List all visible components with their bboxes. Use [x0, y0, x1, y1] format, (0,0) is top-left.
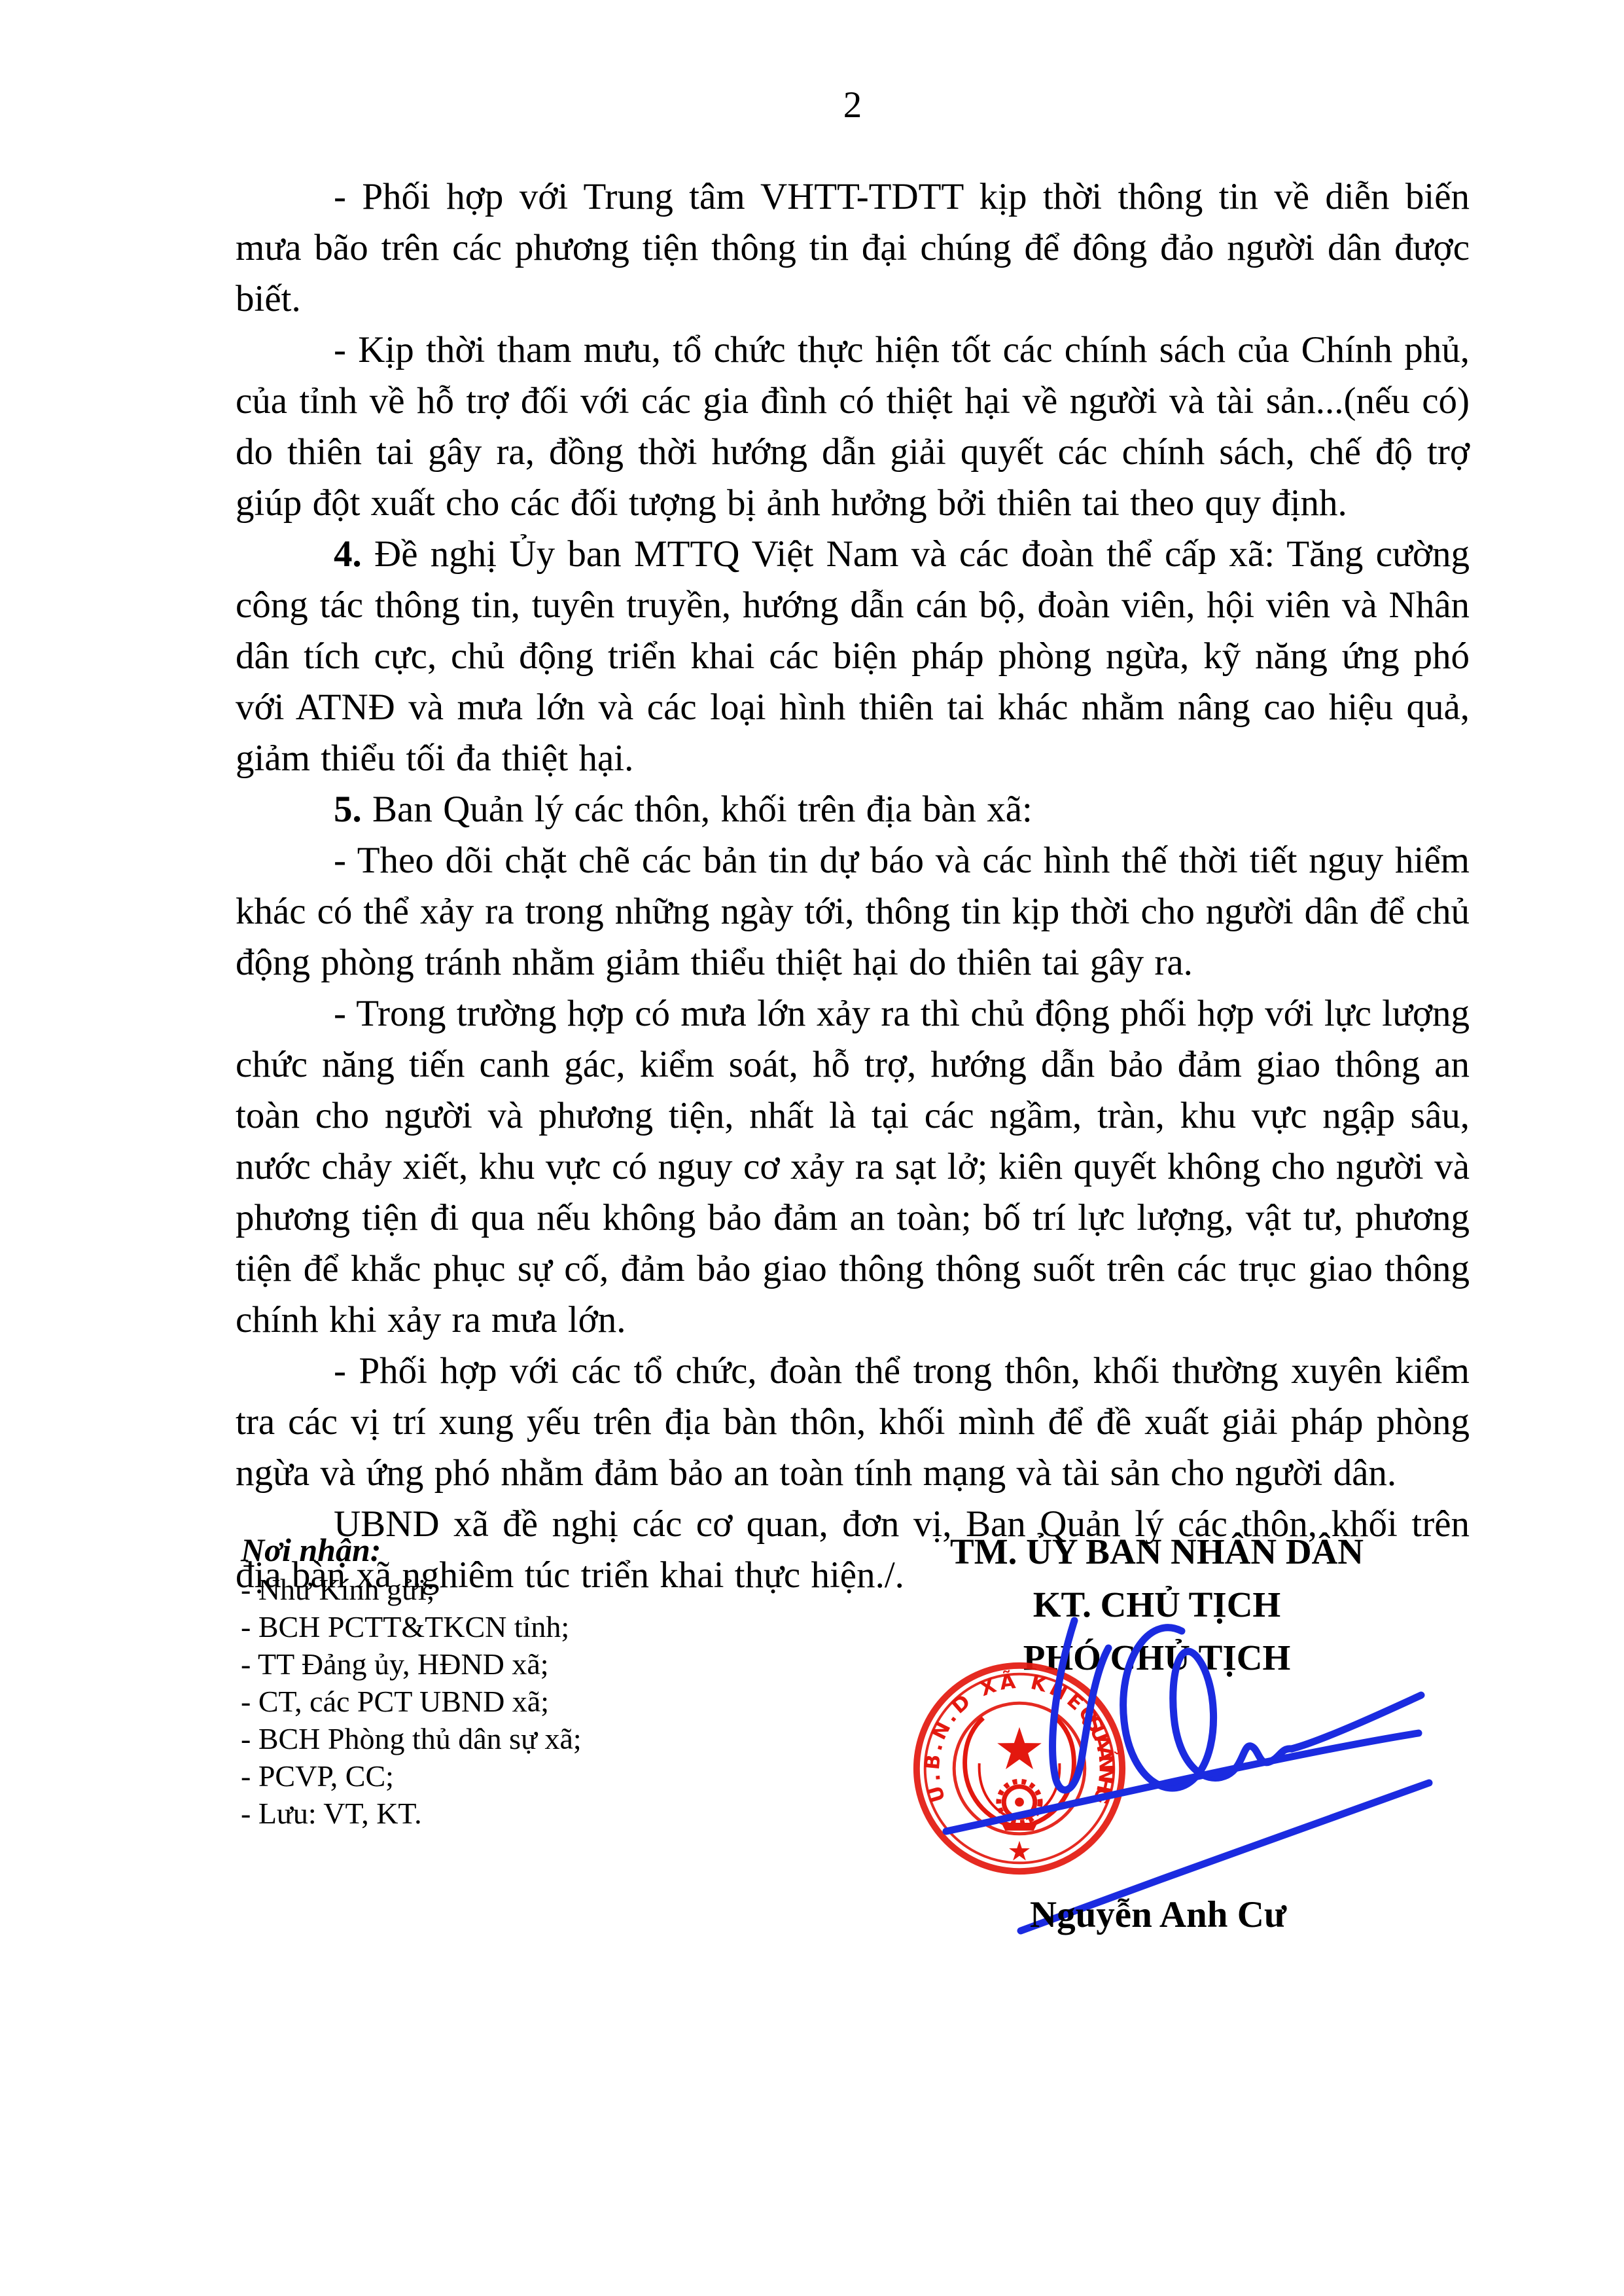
recipient-item: - Lưu: VT, KT. [241, 1795, 582, 1832]
paragraph: - Trong trường hợp có mưa lớn xảy ra thì… [236, 988, 1470, 1346]
paragraph: 4.Đề nghị Ủy ban MTTQ Việt Nam và các đo… [236, 529, 1470, 784]
paragraph-text: - Trong trường hợp có mưa lớn xảy ra thì… [236, 993, 1470, 1340]
paragraph-lead: 5. [334, 789, 372, 830]
document-page: 2 - Phối hợp với Trung tâm VHTT-TDTT kịp… [0, 0, 1624, 2296]
recipient-item: - TT Đảng ủy, HĐND xã; [241, 1645, 582, 1683]
body-text-block: 2 - Phối hợp với Trung tâm VHTT-TDTT kịp… [236, 80, 1470, 1601]
signer-name: Nguyễn Anh Cư [936, 1892, 1381, 1939]
recipient-item: - PCVP, CC; [241, 1757, 582, 1795]
paragraph: - Phối hợp với Trung tâm VHTT-TDTT kịp t… [236, 171, 1470, 325]
paragraph: - Phối hợp với các tổ chức, đoàn thể tro… [236, 1346, 1470, 1499]
page-number: 2 [236, 80, 1470, 131]
paragraph-text: - Kịp thời tham mưu, tổ chức thực hiện t… [236, 329, 1470, 524]
recipient-item: - CT, các PCT UBND xã; [241, 1683, 582, 1720]
paragraph-text: - Phối hợp với các tổ chức, đoàn thể tro… [236, 1350, 1470, 1494]
paragraph-text: - Theo dõi chặt chẽ các bản tin dự báo v… [236, 840, 1470, 983]
recipients-block: Nơi nhận: - Như Kính gửi; - BCH PCTT&TKC… [241, 1529, 582, 1832]
recipients-heading: Nơi nhận: [241, 1529, 582, 1571]
paragraph-text: Đề nghị Ủy ban MTTQ Việt Nam và các đoàn… [236, 533, 1470, 779]
paragraph: - Theo dõi chặt chẽ các bản tin dự báo v… [236, 835, 1470, 988]
paragraph-text: - Phối hợp với Trung tâm VHTT-TDTT kịp t… [236, 176, 1470, 319]
paragraph: - Kịp thời tham mưu, tổ chức thực hiện t… [236, 325, 1470, 529]
signature-heading-line1: TM. ỦY BAN NHÂN DÂN [915, 1525, 1399, 1578]
paragraph-text: Ban Quản lý các thôn, khối trên địa bàn … [372, 789, 1033, 830]
recipient-item: - BCH Phòng thủ dân sự xã; [241, 1720, 582, 1757]
recipient-item: - BCH PCTT&TKCN tỉnh; [241, 1608, 582, 1645]
paragraph-lead: 4. [334, 533, 374, 575]
recipient-item: - Như Kính gửi; [241, 1571, 582, 1608]
paragraph: 5.Ban Quản lý các thôn, khối trên địa bà… [236, 784, 1470, 835]
